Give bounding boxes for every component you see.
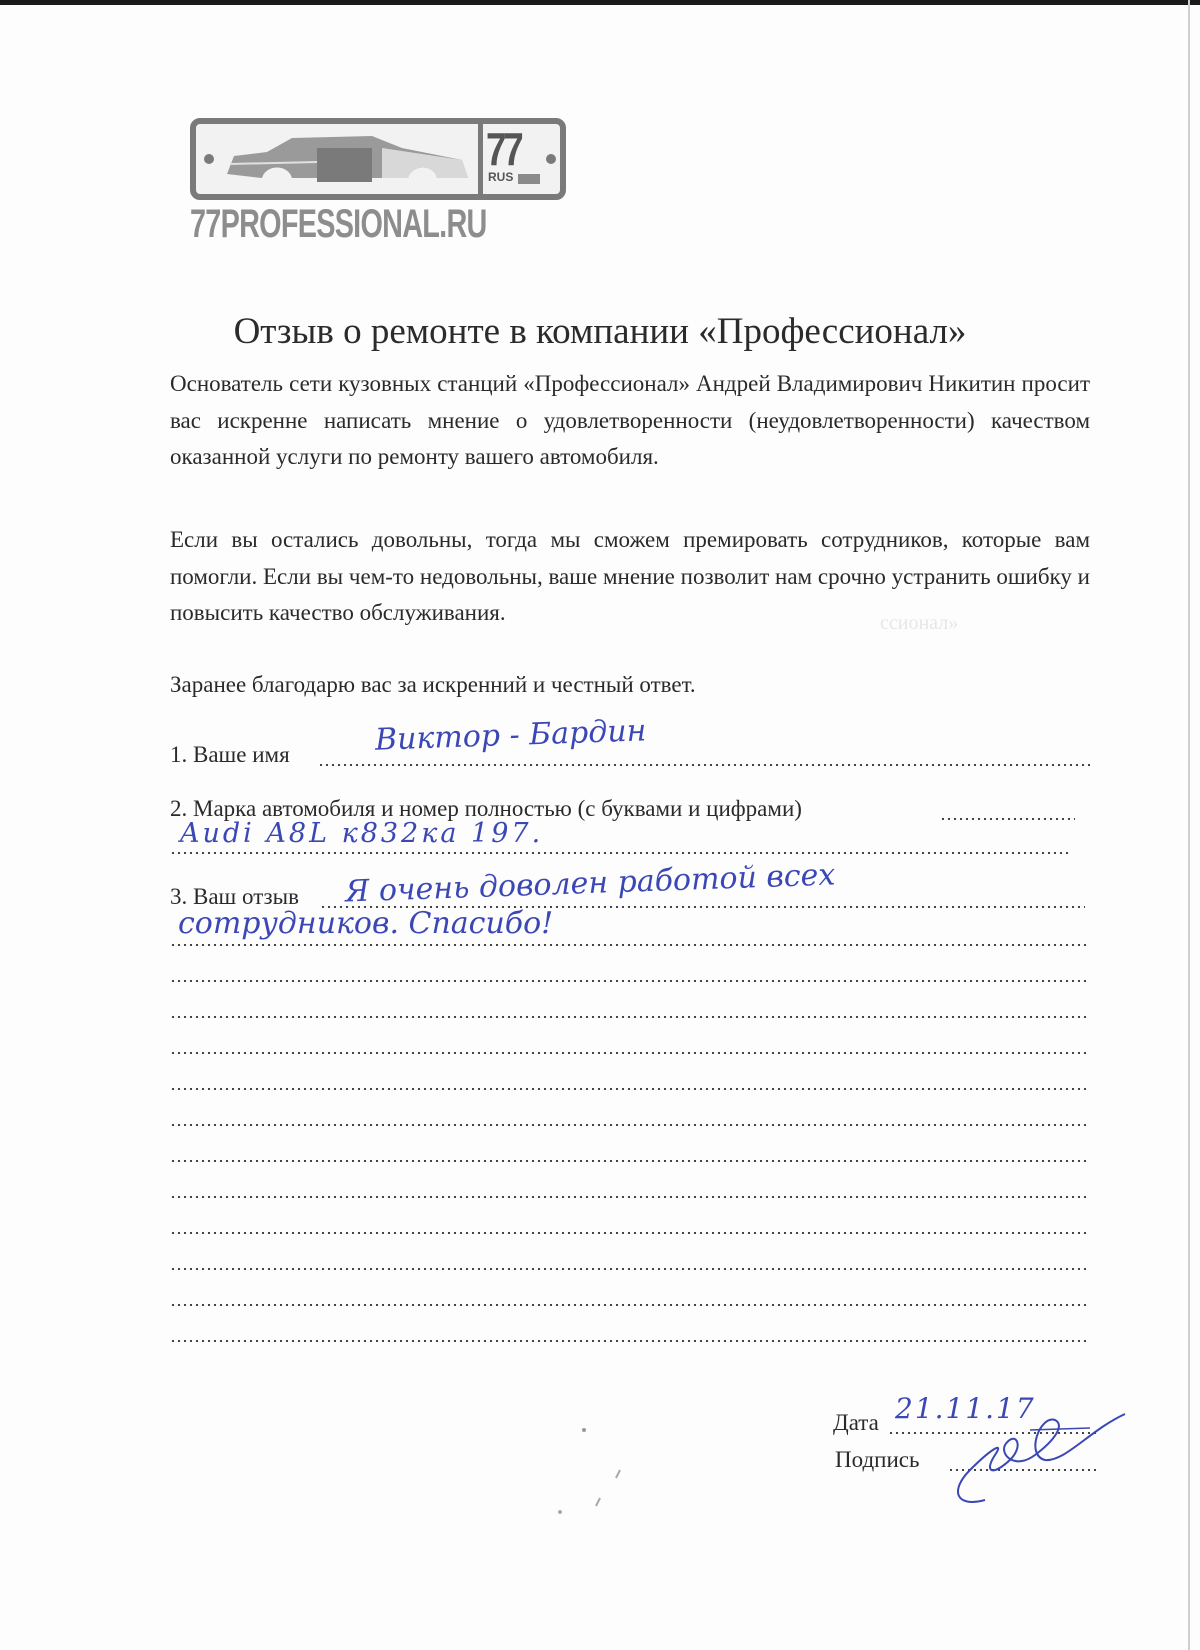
review-line-5[interactable]	[170, 1052, 1090, 1054]
intro-paragraph-1: Основатель сети кузовных станций «Профес…	[170, 366, 1090, 476]
review-line-9[interactable]	[170, 1196, 1090, 1198]
name-answer-handwritten: Виктор - Бардин	[374, 713, 646, 757]
review-line-3[interactable]	[170, 980, 1090, 982]
intro-paragraph-2: Если вы остались довольны, тогда мы смож…	[170, 522, 1090, 632]
review-line-4[interactable]	[170, 1016, 1090, 1018]
thanks-text: Заранее благодарю вас за искренний и чес…	[170, 672, 696, 698]
scan-specks	[500, 1400, 640, 1530]
plate-region-code: 77	[486, 122, 521, 176]
review-line-6[interactable]	[170, 1088, 1090, 1090]
logo-website: 77PROFESSIONAL.RU	[190, 202, 464, 247]
flag-icon	[518, 174, 540, 184]
review-line-2[interactable]	[170, 944, 1090, 946]
signature-scribble	[915, 1400, 1135, 1510]
car-answer-line-2[interactable]	[170, 852, 1070, 854]
scan-border-top	[0, 0, 1200, 5]
review-line-7[interactable]	[170, 1124, 1090, 1126]
review-line-8[interactable]	[170, 1160, 1090, 1162]
company-logo: 77 RUS 77PROFESSIONAL.RU	[190, 118, 570, 258]
plate-bolt-left-icon	[204, 154, 214, 164]
plate-country: RUS	[488, 170, 513, 184]
review-line-13[interactable]	[170, 1340, 1090, 1342]
review-answer-line-1: Я очень доволен работой всех	[345, 857, 836, 909]
name-answer-line[interactable]	[318, 764, 1090, 766]
scan-border-right	[1188, 0, 1190, 1650]
question-name-label: 1. Ваше имя	[170, 742, 290, 768]
signature-label: Подпись	[835, 1447, 919, 1473]
page-title: Отзыв о ремонте в компании «Профессионал…	[0, 310, 1200, 353]
car-answer-handwritten: Audi A8L к832ка 197.	[180, 818, 543, 849]
review-line-11[interactable]	[170, 1268, 1090, 1270]
car-answer-line-1[interactable]	[940, 818, 1075, 820]
review-line-12[interactable]	[170, 1304, 1090, 1306]
plate-divider	[478, 124, 483, 194]
review-line-10[interactable]	[170, 1232, 1090, 1234]
license-plate-logo: 77 RUS	[190, 118, 566, 200]
plate-bolt-right-icon	[546, 154, 556, 164]
date-label: Дата	[833, 1410, 879, 1436]
car-body-icon	[222, 134, 472, 194]
review-answer-line-2: сотрудников. Спасибо!	[178, 906, 553, 941]
